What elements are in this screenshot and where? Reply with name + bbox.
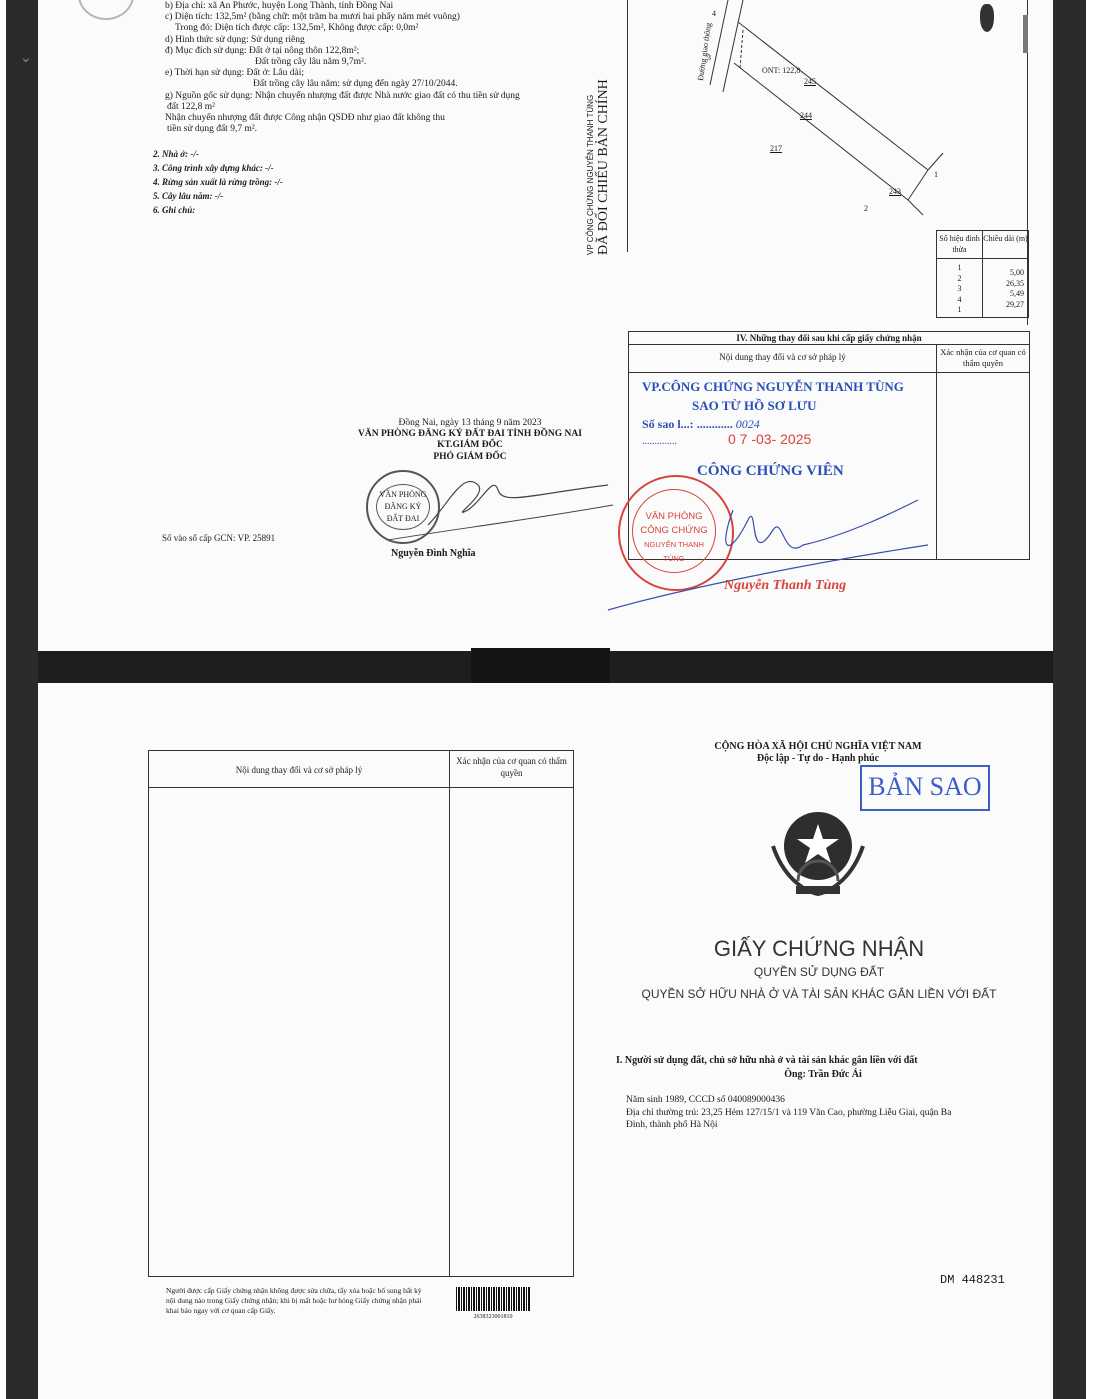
list-item: 2. Nhà ở: -/- xyxy=(153,147,283,161)
notary-signature-icon xyxy=(598,490,928,620)
signature-icon xyxy=(368,465,618,545)
register-number: Số vào sổ cấp GCN: VP. 25891 xyxy=(162,533,275,544)
page-navigation-tab[interactable] xyxy=(471,648,610,684)
area-line: c) Diện tích: 132,5m² (bằng chữ: một tră… xyxy=(165,12,520,23)
point-label: 4 xyxy=(712,8,716,19)
document-page-2: Nội dung thay đổi và cơ sở pháp lý Xác n… xyxy=(38,683,1053,1399)
usage-term-line: e) Thời hạn sử dụng: Đất ở: Lâu dài; xyxy=(165,68,520,79)
vertical-stamp-line2: ĐÃ ĐỐI CHIẾU BẢN CHÍNH xyxy=(596,79,612,255)
footer-note: Người được cấp Giấy chứng nhận không đượ… xyxy=(166,1286,422,1316)
origin-line-3: Nhận chuyển nhượng đất được Công nhận QS… xyxy=(165,113,520,124)
edge-table-header: Chiều dài (m) xyxy=(983,233,1028,244)
scroll-marker[interactable] xyxy=(1023,15,1028,53)
motto: Độc lập - Tự do - Hạnh phúc xyxy=(678,753,958,764)
list-item: 4. Rừng sản xuất là rừng trồng: -/- xyxy=(153,175,283,189)
notary-copy-no: Số sao l...: ............ 0024 xyxy=(642,417,760,432)
signer-name: Nguyễn Đình Nghĩa xyxy=(391,548,475,559)
sign-role: KT.GIÁM ĐỐC xyxy=(310,440,630,451)
left-table-col1-header: Nội dung thay đổi và cơ sở pháp lý xyxy=(149,765,449,775)
signature-block: Đồng Nai, ngày 13 tháng 9 năm 2023 VĂN P… xyxy=(310,418,630,463)
area-detail-line: Trong đó: Diện tích được cấp: 132,5m², K… xyxy=(165,23,520,34)
serial-number: DM 448231 xyxy=(940,1273,1005,1287)
edge-points-col: 12341 xyxy=(937,263,982,316)
notary-title: CÔNG CHỨNG VIÊN xyxy=(697,463,844,480)
vertical-notary-stamp: VP CÔNG CHỨNG NGUYỄN THANH TÙNG ĐÃ ĐỐI C… xyxy=(586,79,612,255)
usage-purpose-line: đ) Mục đích sử dụng: Đất ở tại nông thôn… xyxy=(165,46,520,57)
parcel-label: ONT: 122,8 xyxy=(762,65,800,76)
point-label: 2 xyxy=(864,203,868,214)
edge-table: Số hiệu đỉnh thửa Chiều dài (m) 12341 5,… xyxy=(936,230,1029,318)
point-label: 3 xyxy=(707,52,711,63)
changes-col2-header: Xác nhận của cơ quan có thẩm quyền xyxy=(937,347,1029,369)
changes-table-title: IV. Những thay đổi sau khi cấp giấy chứn… xyxy=(629,333,1029,343)
left-table-col2-header: Xác nhận của cơ quan có thẩm quyền xyxy=(450,755,573,779)
usage-purpose-line-2: Đất trồng cây lâu năm 9,7m². xyxy=(165,57,520,68)
notary-date: 0 7 -03- 2025 xyxy=(728,431,811,447)
address-line: b) Địa chỉ: xã An Phước, huyện Long Thàn… xyxy=(165,1,520,12)
usage-term-line-2: Đất trồng cây lâu năm: sử dụng đến ngày … xyxy=(165,79,520,90)
changes-col1-header: Nội dung thay đổi và cơ sở pháp lý xyxy=(629,352,936,362)
notary-stamp-line1: VP.CÔNG CHỨNG NGUYỄN THANH TÙNG xyxy=(642,379,904,395)
viewer-sidebar-left xyxy=(6,0,38,1399)
neighbor-label: 217 xyxy=(770,143,782,154)
neighbor-label: 243 xyxy=(889,186,901,197)
items-list: 2. Nhà ở: -/- 3. Công trình xây dựng khá… xyxy=(153,147,283,217)
edge-lengths-col: 5,0026,355,4929,27 xyxy=(1006,268,1024,310)
usage-form-line: d) Hình thức sử dụng: Sử dụng riêng xyxy=(165,35,520,46)
copy-stamp: BẢN SAO xyxy=(860,765,990,811)
origin-line-2: đất 122,8 m² xyxy=(165,102,520,113)
sign-office: VĂN PHÒNG ĐĂNG KÝ ĐẤT ĐAI TỈNH ĐỒNG NAI xyxy=(310,429,630,440)
certificate-subtitle-2: QUYỀN SỞ HỮU NHÀ Ở VÀ TÀI SẢN KHÁC GẮN L… xyxy=(618,987,1020,1001)
document-page-1: b) Địa chỉ: xã An Phước, huyện Long Thàn… xyxy=(38,0,1053,651)
parcel-map xyxy=(628,0,1028,240)
edge-table-header: Số hiệu đỉnh thửa xyxy=(937,233,982,255)
list-item: 6. Ghi chú: xyxy=(153,203,283,217)
origin-line-4: tiền sử dụng đất 9,7 m². xyxy=(165,124,520,135)
origin-line: g) Nguồn gốc sử dụng: Nhận chuyển nhượng… xyxy=(165,91,520,102)
national-emblem-icon xyxy=(758,806,878,906)
list-item: 3. Công trình xây dựng khác: -/- xyxy=(153,161,283,175)
notary-stamp-line2: SAO TỪ HỒ SƠ LƯU xyxy=(692,398,816,414)
viewer-rail-right xyxy=(1086,0,1094,1399)
owner-address-line: Địa chỉ thường trú: 23,25 Hẻm 127/15/1 v… xyxy=(626,1107,951,1120)
barcode-icon xyxy=(456,1287,530,1311)
notary-signer: Nguyễn Thanh Tùng xyxy=(724,578,846,594)
neighbor-label: 244 xyxy=(800,110,812,121)
changes-table-left: Nội dung thay đổi và cơ sở pháp lý Xác n… xyxy=(148,750,574,1277)
sign-date: Đồng Nai, ngày 13 tháng 9 năm 2023 xyxy=(310,418,630,429)
north-arrow-icon xyxy=(980,4,994,32)
neighbor-label: 245 xyxy=(804,76,816,87)
owner-address-line-2: Đình, thành phố Hà Nội xyxy=(626,1119,951,1132)
list-item: 5. Cây lâu năm: -/- xyxy=(153,189,283,203)
seal-fragment-icon xyxy=(78,0,134,20)
section1-title: I. Người sử dụng đất, chủ sở hữu nhà ở v… xyxy=(616,1055,918,1066)
sign-role-2: PHÓ GIÁM ĐỐC xyxy=(310,452,630,463)
certificate-subtitle-1: QUYỀN SỬ DỤNG ĐẤT xyxy=(638,965,1000,979)
chevron-down-icon[interactable]: ⌄ xyxy=(20,50,32,66)
barcode-number: 2638323001810 xyxy=(456,1314,530,1320)
country-header: CỘNG HÒA XÃ HỘI CHỦ NGHĨA VIỆT NAM xyxy=(678,741,958,752)
owner-details: Năm sinh 1989, CCCD số 040089000436 Địa … xyxy=(626,1094,951,1132)
owner-name: Ông: Trần Đức Ái xyxy=(738,1069,908,1080)
land-info-section: b) Địa chỉ: xã An Phước, huyện Long Thàn… xyxy=(165,1,520,135)
owner-id-line: Năm sinh 1989, CCCD số 040089000436 xyxy=(626,1094,951,1107)
vertical-stamp-line1: VP CÔNG CHỨNG NGUYỄN THANH TÙNG xyxy=(586,79,596,255)
point-label: 1 xyxy=(934,169,938,180)
viewer-sidebar-right[interactable] xyxy=(1052,0,1086,1399)
certificate-title: GIẤY CHỨNG NHẬN xyxy=(638,936,1000,962)
